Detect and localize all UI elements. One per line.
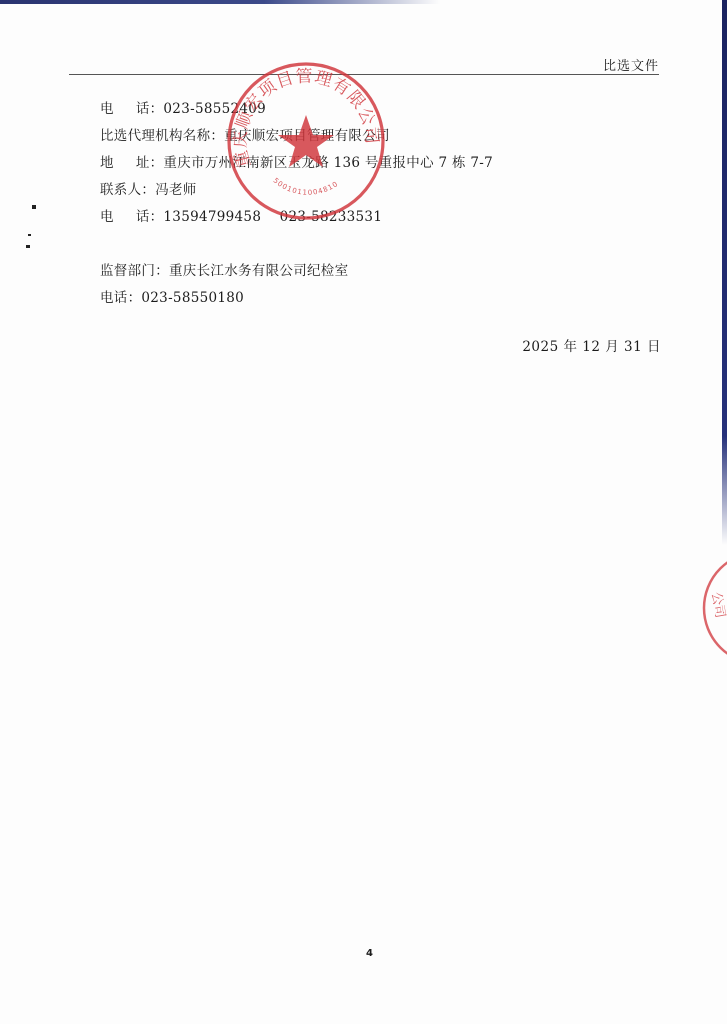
svg-text:5001011004810: 5001011004810 — [272, 177, 340, 197]
address-line: 地址：重庆市万州江南新区玉龙路 136 号重报中心 7 栋 7-7 — [100, 151, 493, 171]
contact-person-line: 联系人：冯老师 — [100, 178, 197, 198]
address-label-a: 地 — [100, 155, 114, 171]
phone-label-a: 电 — [100, 101, 114, 117]
partial-seal-text: 公司 — [708, 591, 727, 619]
scan-speck — [28, 234, 31, 236]
seal-code: 5001011004810 — [272, 177, 340, 197]
phone-label-b: 话： — [136, 101, 164, 117]
supervision-dept-line: 监督部门：重庆长江水务有限公司纪检室 — [100, 259, 348, 279]
phone2-label-b: 话： — [136, 209, 164, 225]
supervision-phone-label: 电话： — [100, 290, 141, 306]
agency-name-line: 比选代理机构名称：重庆顺宏项目管理有限公司 — [100, 124, 390, 144]
supervision-dept-value: 重庆长江水务有限公司纪检室 — [169, 263, 348, 279]
scan-top-edge — [0, 0, 440, 4]
contact-phone-value: 13594799458 023-58233531 — [163, 209, 382, 225]
contact-person-value: 冯老师 — [155, 182, 196, 198]
contact-phone-line: 电话：13594799458 023-58233531 — [100, 205, 382, 225]
address-value: 重庆市万州江南新区玉龙路 136 号重报中心 7 栋 7-7 — [163, 155, 493, 171]
header-rule — [69, 74, 659, 75]
header-label: 比选文件 — [603, 55, 659, 74]
agency-name-value: 重庆顺宏项目管理有限公司 — [224, 128, 390, 144]
scan-right-edge — [722, 0, 727, 545]
agency-name-label: 比选代理机构名称： — [100, 128, 224, 144]
supervision-dept-label: 监督部门： — [100, 263, 169, 279]
phone2-label-a: 电 — [100, 209, 114, 225]
page-number: 4 — [366, 948, 373, 959]
agency-phone-line: 电话：023-58552409 — [100, 97, 266, 117]
scan-speck — [26, 245, 30, 248]
partial-seal-stamp: 公司 — [700, 548, 727, 668]
agency-phone-value: 023-58552409 — [163, 101, 266, 117]
address-label-b: 址： — [136, 155, 164, 171]
contact-person-label: 联系人： — [100, 182, 155, 198]
scan-speck — [32, 205, 36, 209]
supervision-phone-line: 电话：023-58550180 — [100, 286, 244, 306]
document-date: 2025 年 12 月 31 日 — [522, 335, 661, 355]
supervision-phone-value: 023-58550180 — [141, 290, 244, 306]
